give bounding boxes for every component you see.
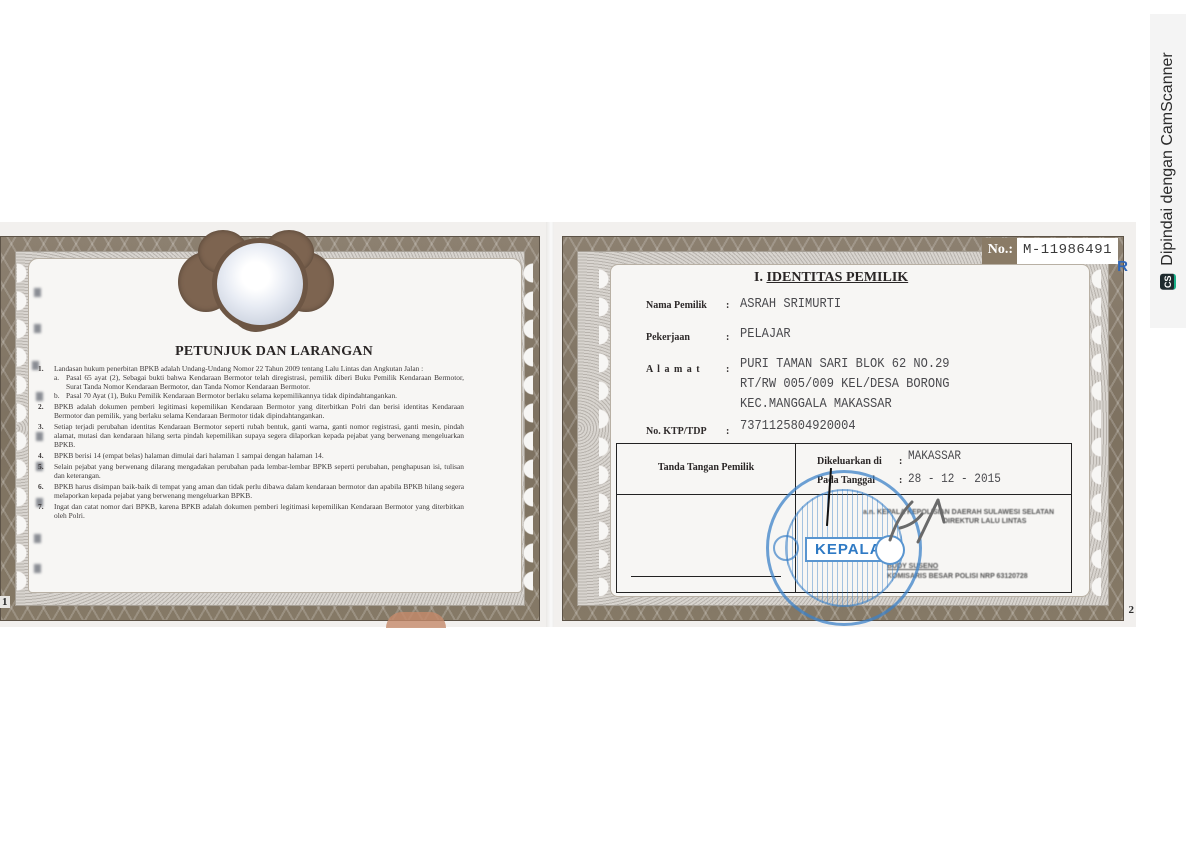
document-number-value: M-11986491 <box>1017 238 1118 264</box>
scanned-document: PETUNJUK DAN LARANGAN 1.Landasan hukum p… <box>0 222 1136 627</box>
subitem-letter: a. <box>54 373 66 391</box>
police-emblem-icon <box>176 230 336 330</box>
rule-main-text: BPKB harus disimpan baik-baik di tempat … <box>54 482 464 500</box>
rule-item: 3.Setiap terjadi perubahan identitas Ken… <box>38 422 464 449</box>
stamp-emblem-icon <box>773 535 799 561</box>
rule-number: 4. <box>38 451 54 460</box>
rule-text: Ingat dan catat nomor dari BPKB, karena … <box>54 502 464 520</box>
field-address: A l a m a t : PURI TAMAN SARI BLOK 62 NO… <box>646 364 984 414</box>
scallop-edge <box>519 259 533 592</box>
field-label: No. KTP/TDP <box>646 426 726 437</box>
camscanner-logo-icon: CS <box>1160 274 1176 290</box>
section-title-text: IDENTITAS PEMILIK <box>766 270 908 285</box>
rule-item: 5.Selain pejabat yang berwenang dilarang… <box>38 462 464 480</box>
owner-name-value: ASRAH SRIMURTI <box>740 294 841 314</box>
address-line: RT/RW 005/009 KEL/DESA BORONG <box>740 374 950 394</box>
page-number: 1 <box>0 596 10 608</box>
address-line: KEC.MANGGALA MAKASSAR <box>740 394 950 414</box>
rule-number: 2. <box>38 402 54 420</box>
rule-main-text: Ingat dan catat nomor dari BPKB, karena … <box>54 502 464 520</box>
watermark-text: Dipindai dengan CamScanner <box>1159 52 1177 265</box>
owner-signature-label: Tanda Tangan Pemilik <box>617 462 795 473</box>
rule-main-text: Landasan hukum penerbitan BPKB adalah Un… <box>54 364 464 373</box>
address-line: PURI TAMAN SARI BLOK 62 NO.29 <box>740 354 950 374</box>
field-colon: : <box>726 332 740 344</box>
scallop-edge <box>17 259 31 592</box>
field-colon: : <box>726 426 740 437</box>
rule-number: 1. <box>38 364 54 400</box>
section-number: I. <box>754 270 763 285</box>
rule-text: Landasan hukum penerbitan BPKB adalah Un… <box>54 364 464 400</box>
rule-text: BPKB berisi 14 (empat belas) halaman dim… <box>54 451 464 460</box>
rule-text: Selain pejabat yang berwenang dilarang m… <box>54 462 464 480</box>
corner-mark: R <box>1117 258 1128 275</box>
rule-item: 7.Ingat dan catat nomor dari BPKB, karen… <box>38 502 464 520</box>
occupation-value: PELAJAR <box>740 324 791 344</box>
subitem-letter: b. <box>54 391 66 400</box>
field-label: Nama Pemilik <box>646 300 726 314</box>
rule-main-text: BPKB adalah dokumen pemberi legitimasi k… <box>54 402 464 420</box>
document-number: No.: M-11986491 <box>982 238 1118 264</box>
rules-list: 1.Landasan hukum penerbitan BPKB adalah … <box>38 364 464 522</box>
rule-item: 6.BPKB harus disimpan baik-baik di tempa… <box>38 482 464 500</box>
ktp-value: 7371125804920004 <box>740 416 856 437</box>
field-colon: : <box>899 456 902 467</box>
rule-text: BPKB adalah dokumen pemberi legitimasi k… <box>54 402 464 420</box>
subitem-text: Pasal 70 Ayat (1), Buku Pemilik Kendaraa… <box>66 391 464 400</box>
rule-main-text: Selain pejabat yang berwenang dilarang m… <box>54 462 464 480</box>
rule-item: 2.BPKB adalah dokumen pemberi legitimasi… <box>38 402 464 420</box>
scallop-edge <box>1087 265 1101 596</box>
field-label: A l a m a t <box>646 364 726 414</box>
rule-number: 6. <box>38 482 54 500</box>
subitem-text: Pasal 65 ayat (2), Sebagai bukti bahwa K… <box>66 373 464 391</box>
field-occupation: Pekerjaan : PELAJAR <box>646 332 799 344</box>
field-colon: : <box>899 475 902 486</box>
field-owner-name: Nama Pemilik : ASRAH SRIMURTI <box>646 300 858 314</box>
issued-at-label: Dikeluarkan di <box>817 456 899 467</box>
thumb <box>386 612 446 628</box>
issued-at-value: MAKASSAR <box>908 448 961 467</box>
rule-main-text: BPKB berisi 14 (empat belas) halaman dim… <box>54 451 464 460</box>
page-number: 2 <box>1129 604 1135 616</box>
rule-item: 4.BPKB berisi 14 (empat belas) halaman d… <box>38 451 464 460</box>
camscanner-watermark: CS Dipindai dengan CamScanner <box>1150 14 1186 328</box>
field-ktp: No. KTP/TDP : 7371125804920004 <box>646 426 874 437</box>
left-page: PETUNJUK DAN LARANGAN 1.Landasan hukum p… <box>0 222 548 627</box>
document-number-label: No.: <box>982 238 1017 264</box>
rule-number: 3. <box>38 422 54 449</box>
official-signature <box>882 492 952 552</box>
right-page: No.: M-11986491 R I. IDENTITAS PEMILIK N… <box>554 222 1136 627</box>
rule-text: BPKB harus disimpan baik-baik di tempat … <box>54 482 464 500</box>
instructions-title: PETUNJUK DAN LARANGAN <box>0 344 548 360</box>
rule-text: Setiap terjadi perubahan identitas Kenda… <box>54 422 464 449</box>
address-value: PURI TAMAN SARI BLOK 62 NO.29 RT/RW 005/… <box>740 354 950 414</box>
rule-number: 7. <box>38 502 54 520</box>
scallop-edge <box>599 265 613 596</box>
issued-at: Dikeluarkan di : MAKASSAR <box>817 456 971 467</box>
owner-signature-line <box>631 576 781 577</box>
field-colon: : <box>726 364 740 414</box>
issued-on-value: 28 - 12 - 2015 <box>908 471 1001 486</box>
field-colon: : <box>726 300 740 314</box>
rule-main-text: Setiap terjadi perubahan identitas Kenda… <box>54 422 464 449</box>
rule-number: 5. <box>38 462 54 480</box>
rule-subitem: b.Pasal 70 Ayat (1), Buku Pemilik Kendar… <box>54 391 464 400</box>
field-label: Pekerjaan <box>646 332 726 344</box>
rule-item: 1.Landasan hukum penerbitan BPKB adalah … <box>38 364 464 400</box>
rule-subitem: a.Pasal 65 ayat (2), Sebagai bukti bahwa… <box>54 373 464 391</box>
section-title: I. IDENTITAS PEMILIK <box>754 270 908 286</box>
